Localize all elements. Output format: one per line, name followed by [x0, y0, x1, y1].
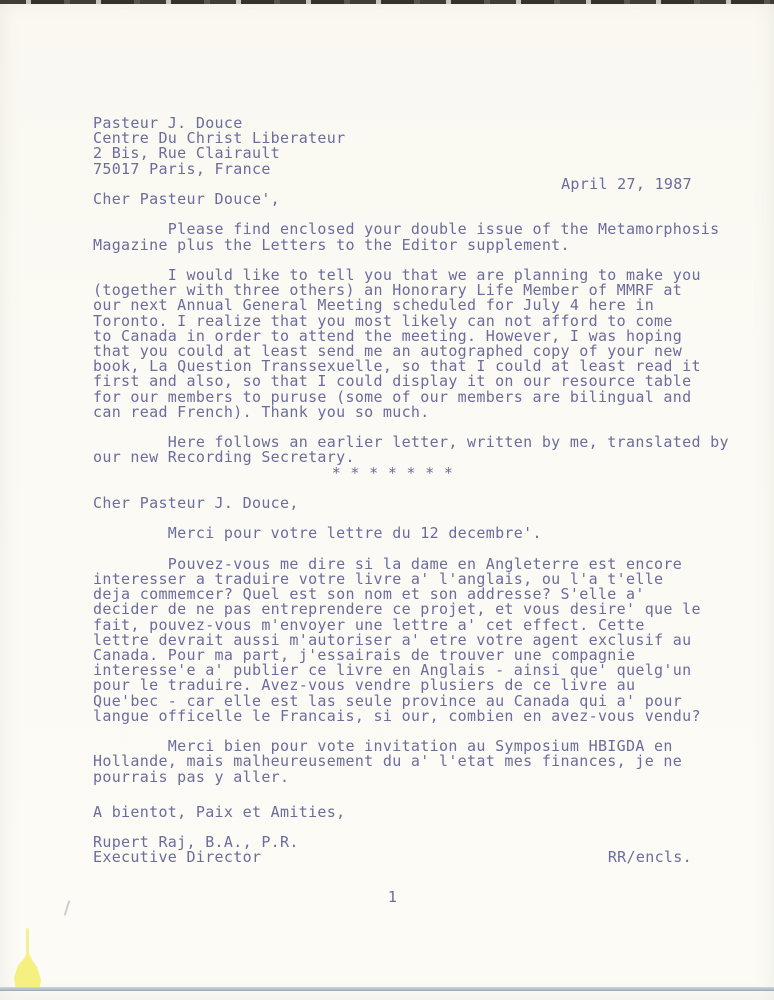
- paragraph-enclosures: Please find enclosed your double issue o…: [93, 222, 692, 252]
- closing: A bientot, Paix et Amities,: [93, 805, 692, 820]
- scan-top-edge: [0, 0, 774, 4]
- stray-pen-mark: [64, 900, 71, 916]
- reference-initials: RR/encls.: [608, 850, 692, 865]
- paragraph-honorary-member: I would like to tell you that we are pla…: [93, 268, 692, 420]
- salutation-quoted: Cher Pasteur J. Douce,: [93, 496, 692, 511]
- asterisk-separator: * * * * * * *: [93, 466, 692, 481]
- paragraph-translation-rights: Pouvez-vous me dire si la dame en Anglet…: [93, 557, 692, 724]
- paragraph-merci-lettre: Merci pour votre lettre du 12 decembre'.: [93, 526, 692, 541]
- highlighter-mark: [14, 951, 41, 990]
- scan-bottom-edge-line: [0, 987, 774, 991]
- signature-title: Executive Director: [93, 850, 261, 865]
- salutation-primary: Cher Pasteur Douce',: [93, 192, 692, 207]
- page-number: 1: [93, 890, 692, 905]
- paragraph-symposium: Merci bien pour vote invitation au Sympo…: [93, 739, 692, 785]
- scanned-letter-page: Pasteur J. Douce Centre Du Christ Libera…: [0, 0, 774, 1000]
- letter-body: Pasteur J. Douce Centre Du Christ Libera…: [93, 116, 692, 905]
- recipient-address: Pasteur J. Douce Centre Du Christ Libera…: [93, 116, 692, 177]
- signature-row: Executive Director RR/encls.: [93, 850, 692, 865]
- paragraph-earlier-letter: Here follows an earlier letter, written …: [93, 435, 692, 465]
- highlighter-wisp: [26, 928, 29, 954]
